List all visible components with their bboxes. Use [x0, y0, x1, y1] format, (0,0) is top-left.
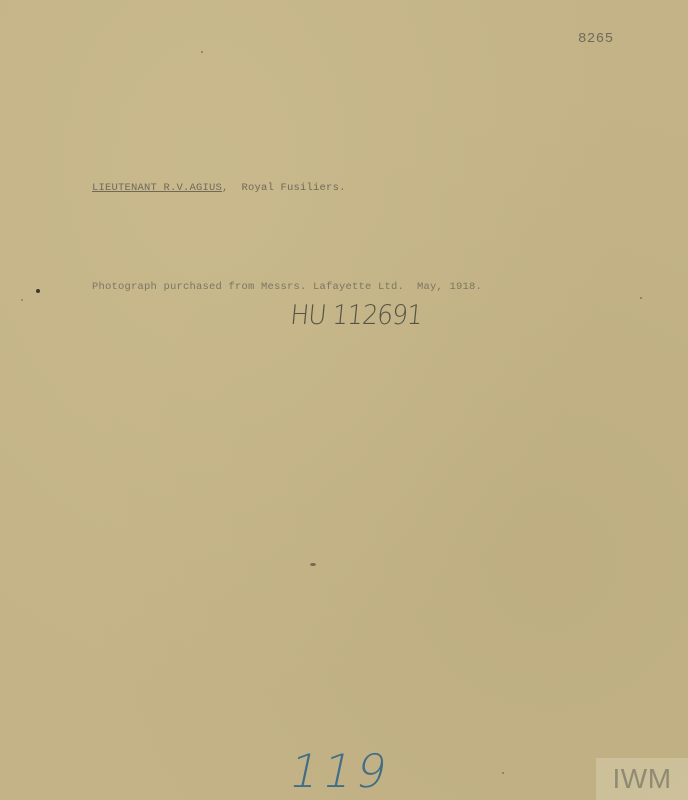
reference-number: 8265	[578, 31, 614, 47]
archive-card: 8265 LIEUTENANT R.V.AGIUS, Royal Fusilie…	[0, 0, 688, 800]
ink-speck	[36, 289, 40, 293]
subject-line: LIEUTENANT R.V.AGIUS, Royal Fusiliers.	[92, 182, 346, 194]
iwm-watermark: IWM	[596, 758, 688, 800]
catalogue-number: HU 112691	[289, 300, 423, 331]
subject-name: LIEUTENANT R.V.AGIUS	[92, 182, 222, 194]
ink-speck	[502, 772, 504, 774]
subject-regiment: Royal Fusiliers.	[229, 182, 346, 194]
page-number: 119	[285, 744, 396, 798]
ink-speck	[21, 299, 23, 301]
ink-speck	[310, 563, 316, 566]
ink-speck	[640, 297, 642, 299]
ink-speck	[201, 51, 203, 53]
source-note: Photograph purchased from Messrs. Lafaye…	[92, 281, 482, 293]
